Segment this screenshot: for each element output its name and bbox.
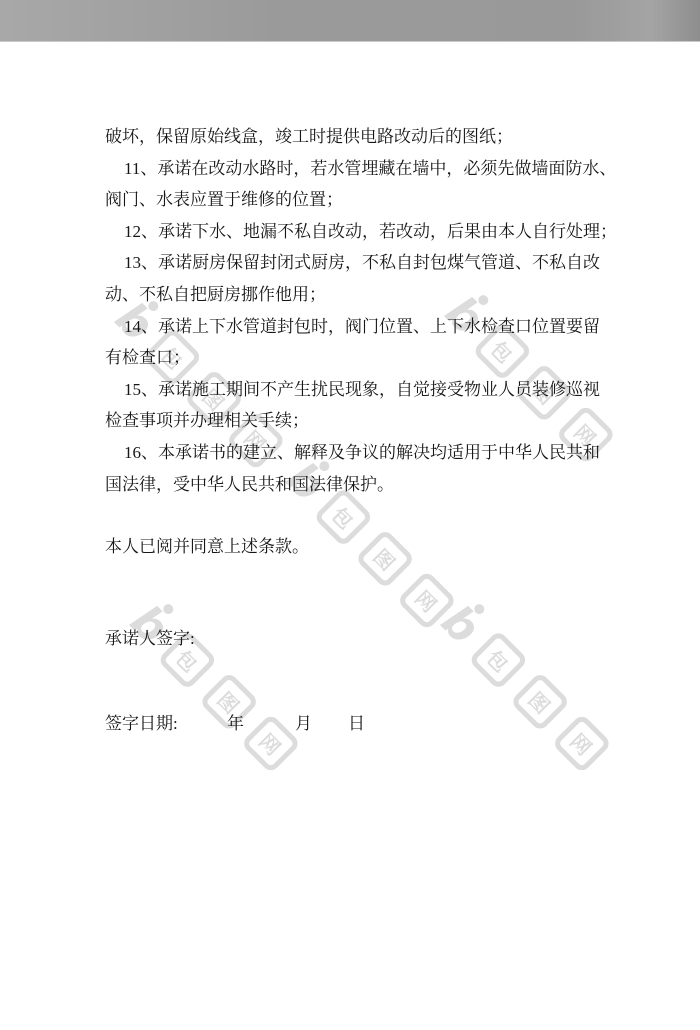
clause-line: 检查事项并办理相关手续； [105, 405, 617, 437]
clause-line: 有检查口； [105, 342, 617, 374]
clause-line: 14、承诺上下水管道封包时，阀门位置、上下水检查口位置要留 [105, 311, 617, 343]
watermark-tile: 网 [552, 713, 613, 774]
date-label: 签字日期: [105, 708, 178, 740]
clause-line: 15、承诺施工期间不产生扰民现象，自觉接受物业人员装修巡视 [105, 374, 617, 406]
signature-date-line: 签字日期: 年 月 日 [105, 708, 505, 740]
watermark-tile: 网 [397, 570, 458, 631]
clause-list: 破坏，保留原始线盒，竣工时提供电路改动后的图纸；11、承诺在改动水路时，若水管埋… [105, 121, 617, 500]
baotu-logo-icon: b [434, 595, 489, 650]
watermark-tile: 图 [510, 671, 571, 732]
signer-signature-label: 承诺人签字: [105, 623, 195, 655]
acknowledgement-line: 本人已阅并同意上述条款。 [105, 531, 309, 563]
watermark-tile: 包 [468, 629, 529, 690]
clause-line: 阀门、水表应置于维修的位置； [105, 184, 617, 216]
watermark-group: b包图网 [468, 595, 675, 643]
clause-line: 破坏，保留原始线盒，竣工时提供电路改动后的图纸； [105, 121, 617, 153]
date-year-label: 年 [227, 708, 244, 740]
top-gray-banner [0, 0, 700, 42]
baotu-logo-dot [472, 602, 486, 616]
clause-line: 12、承诺下水、地漏不私自改动，若改动，后果由本人自行处理； [105, 216, 617, 248]
clause-line: 国法律，受中华人民共和国法律保护。 [105, 469, 617, 501]
watermark-tile: 图 [355, 528, 416, 589]
clause-line: 动、不私自把厨房挪作他用； [105, 279, 617, 311]
date-month-label: 月 [295, 708, 312, 740]
clause-line: 13、承诺厨房保留封闭式厨房，不私自封包煤气管道、不私自改 [105, 247, 617, 279]
clause-line: 16、本承诺书的建立、解释及争议的解决均适用于中华人民共和 [105, 437, 617, 469]
date-day-label: 日 [348, 708, 365, 740]
baotu-logo-dot [161, 602, 175, 616]
clause-line: 11、承诺在改动水路时，若水管埋藏在墙中，必须先做墙面防水、 [105, 153, 617, 185]
